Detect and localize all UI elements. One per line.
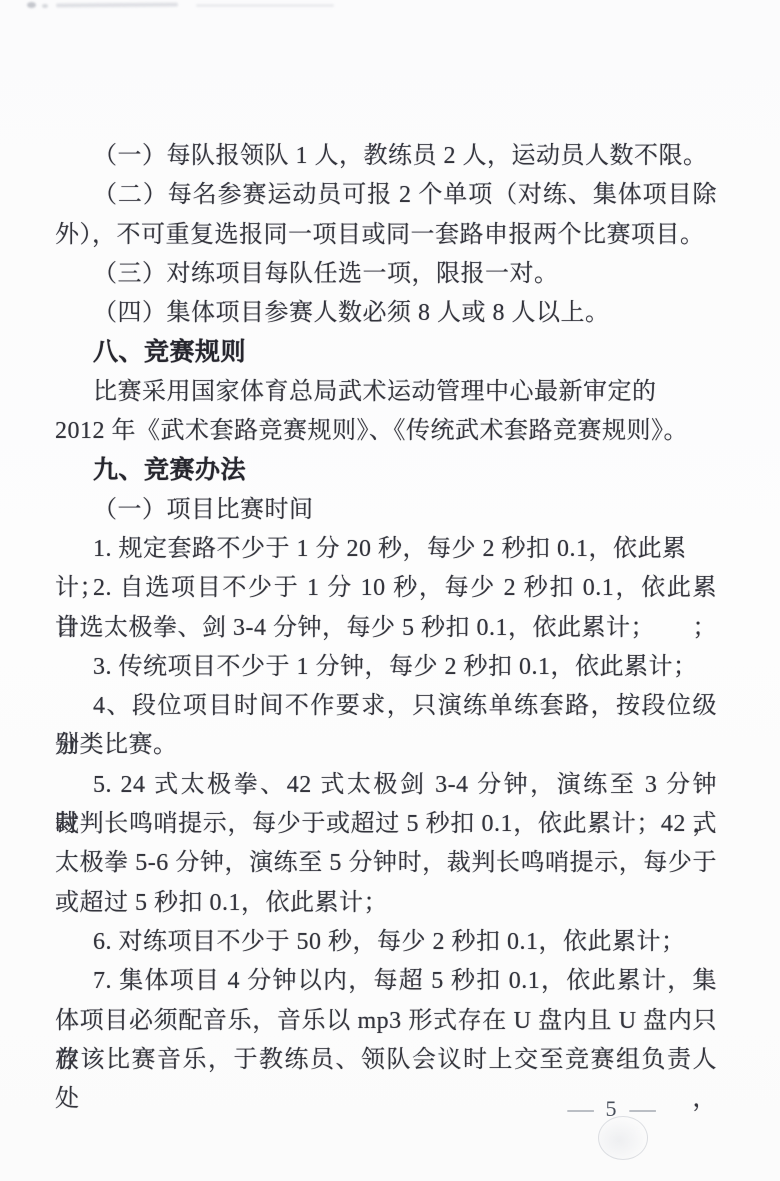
text-line-rule-6: 6. 对练项目不少于 50 秒，每少 2 秒扣 0.1，依此累计； [55, 923, 717, 962]
text-line-rule-2: 2. 自选项目不少于 1 分 10 秒，每少 2 秒扣 0.1，依此累计； [55, 569, 717, 608]
text-line-rule-4: 4、段位项目时间不作要求，只演练单练套路，按段位级别 [55, 687, 717, 726]
text-line-rule-3: 3. 传统项目不少于 1 分钟，每少 2 秒扣 0.1，依此累计； [55, 648, 717, 687]
text-line-item-3: （三）对练项目每队任选一项，限报一对。 [55, 255, 717, 294]
section-heading-9-methods: 九、竞赛办法 [55, 451, 717, 490]
text-line-rule-7-cont-2: 放该比赛音乐，于教练员、领队会议时上交至竞赛组负责人处， [55, 1041, 717, 1080]
section-heading-8-rules: 八、竞赛规则 [55, 333, 717, 372]
scan-smudge-artifact [27, 2, 36, 8]
document-body: （一）每队报领队 1 人，教练员 2 人，运动员人数不限。 （二）每名参赛运动员… [55, 137, 717, 1080]
text-line-rule-5-cont-3: 或超过 5 秒扣 0.1，依此累计； [55, 884, 717, 923]
text-line-rule-5-cont-2: 太极拳 5-6 分钟，演练至 5 分钟时，裁判长鸣哨提示，每少于 [55, 844, 717, 883]
text-line-rules-body: 比赛采用国家体育总局武术运动管理中心最新审定的 [55, 373, 717, 412]
text-line-rule-7: 7. 集体项目 4 分钟以内，每超 5 秒扣 0.1，依此累计，集 [55, 962, 717, 1001]
text-line-rule-5-cont-1: 裁判长鸣哨提示，每少于或超过 5 秒扣 0.1，依此累计；42 式 [55, 805, 717, 844]
scan-streak-artifact [56, 3, 178, 8]
text-line-item-2: （二）每名参赛运动员可报 2 个单项（对练、集体项目除 [55, 176, 717, 215]
text-line-item-2-cont: 外），不可重复选报同一项目或同一套路申报两个比赛项目。 [55, 216, 717, 255]
text-line-rules-body-cont: 2012 年《武术套路竞赛规则》、《传统武术套路竞赛规则》。 [55, 412, 717, 451]
scanned-document-page: （一）每队报领队 1 人，教练员 2 人，运动员人数不限。 （二）每名参赛运动员… [0, 0, 780, 1181]
text-line-item-1: （一）每队报领队 1 人，教练员 2 人，运动员人数不限。 [55, 137, 717, 176]
scan-streak-artifact [196, 4, 334, 7]
text-line-rule-7-cont-1: 体项目必须配音乐，音乐以 mp3 形式存在 U 盘内且 U 盘内只存 [55, 1002, 717, 1041]
faint-stamp-watermark [598, 1116, 648, 1160]
text-line-rule-5: 5. 24 式太极拳、42 式太极剑 3-4 分钟，演练至 3 分钟时， [55, 766, 717, 805]
text-line-rule-2-cont: 自选太极拳、剑 3-4 分钟，每少 5 秒扣 0.1，依此累计； [55, 609, 717, 648]
page-number-dash-left: — [568, 1096, 593, 1122]
scan-smudge-artifact [42, 4, 48, 8]
text-line-rule-4-cont: 分类比赛。 [55, 726, 717, 765]
text-line-item-4: （四）集体项目参赛人数必须 8 人或 8 人以上。 [55, 294, 717, 333]
subsection-heading-time: （一）项目比赛时间 [55, 491, 717, 530]
text-line-rule-1: 1. 规定套路不少于 1 分 20 秒，每少 2 秒扣 0.1，依此累计； [55, 530, 717, 569]
